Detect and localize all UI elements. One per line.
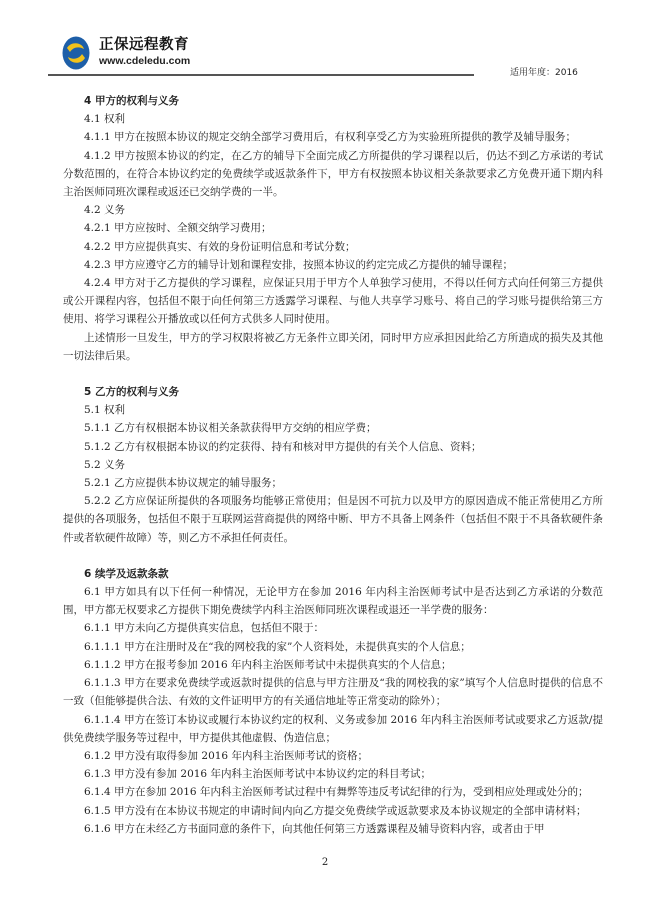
section-heading: 5 乙方的权利与义务 [63, 383, 603, 401]
clause: 6.1.4 甲方在参加 2016 年内科主治医师考试过程中有舞弊等违反考试纪律的… [63, 783, 603, 801]
clause: 6.1 甲方如具有以下任何一种情况，无论甲方在参加 2016 年内科主治医师考试… [63, 583, 603, 619]
clause: 6.1.1 甲方未向乙方提供真实信息，包括但不限于： [63, 619, 603, 637]
brand: 正保远程教育 www.cdeledu.com [99, 37, 190, 68]
clause: 5.1.1 乙方有权根据本协议相关条款获得甲方交纳的相应学费； [63, 419, 603, 437]
clause: 4.2.1 甲方应按时、全额交纳学习费用； [63, 219, 603, 237]
clause: 5.2.2 乙方应保证所提供的各项服务均能够正常使用；但是因不可抗力以及甲方的原… [63, 492, 603, 547]
cdeledu-logo-icon [62, 36, 90, 70]
spacer [63, 547, 603, 565]
clause: 5.2 义务 [63, 456, 603, 474]
clause: 6.1.1.2 甲方在报考参加 2016 年内科主治医师考试中未提供真实的个人信… [63, 656, 603, 674]
clause: 6.1.1.1 甲方在注册时及在“我的网校我的家”个人资料处，未提供真实的个人信… [63, 638, 603, 656]
applicable-year: 适用年度：2016 [510, 65, 578, 78]
clause: 6.1.1.3 甲方在要求免费续学或返款时提供的信息与甲方注册及“我的网校我的家… [63, 674, 603, 710]
clause: 4.2.4 甲方对于乙方提供的学习课程，应保证只用于甲方个人单独学习使用，不得以… [63, 274, 603, 329]
brand-name: 正保远程教育 [99, 37, 190, 54]
clause: 5.1 权利 [63, 401, 603, 419]
page-number: 2 [0, 857, 650, 868]
header-divider [48, 74, 474, 76]
clause: 4.2.2 甲方应提供真实、有效的身份证明信息和考试分数； [63, 238, 603, 256]
clause: 6.1.3 甲方没有参加 2016 年内科主治医师考试中本协议约定的科目考试； [63, 765, 603, 783]
clause: 上述情形一旦发生，甲方的学习权限将被乙方无条件立即关闭，同时甲方应承担因此给乙方… [63, 329, 603, 365]
brand-url: www.cdeledu.com [99, 55, 190, 68]
spacer [63, 365, 603, 383]
clause: 6.1.2 甲方没有取得参加 2016 年内科主治医师考试的资格； [63, 747, 603, 765]
clause: 6.1.6 甲方在未经乙方书面同意的条件下，向其他任何第三方透露课程及辅导资料内… [63, 820, 603, 838]
document-body: 4 甲方的权利与义务 4.1 权利 4.1.1 甲方在按照本协议的规定交纳全部学… [63, 92, 603, 838]
clause: 5.2.1 乙方应提供本协议规定的辅导服务； [63, 474, 603, 492]
clause: 4.2 义务 [63, 201, 603, 219]
clause: 6.1.1.4 甲方在签订本协议或履行本协议约定的权利、义务或参加 2016 年… [63, 711, 603, 747]
clause: 4.1.1 甲方在按照本协议的规定交纳全部学习费用后，有权利享受乙方为实验班所提… [63, 128, 603, 146]
clause: 4.2.3 甲方应遵守乙方的辅导计划和课程安排，按照本协议的约定完成乙方提供的辅… [63, 256, 603, 274]
clause: 5.1.2 乙方有权根据本协议的约定获得、持有和核对甲方提供的有关个人信息、资料… [63, 438, 603, 456]
section-heading: 4 甲方的权利与义务 [63, 92, 603, 110]
section-heading: 6 续学及返款条款 [63, 565, 603, 583]
clause: 4.1 权利 [63, 110, 603, 128]
clause: 6.1.5 甲方没有在本协议书规定的申请时间内向乙方提交免费续学或返款要求及本协… [63, 802, 603, 820]
clause: 4.1.2 甲方按照本协议的约定，在乙方的辅导下全面完成乙方所提供的学习课程以后… [63, 147, 603, 202]
